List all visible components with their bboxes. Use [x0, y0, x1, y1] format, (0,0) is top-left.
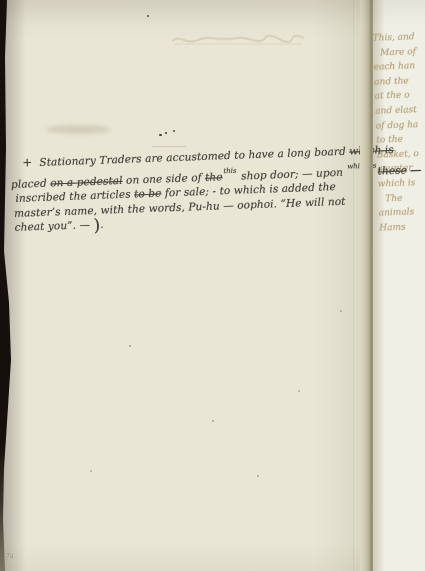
facing-page-fragment: and the [374, 72, 425, 90]
paper-speck [298, 390, 300, 392]
page-edge [360, 0, 373, 571]
main-page [4, 0, 372, 571]
note-text: is [421, 163, 425, 175]
facing-page-fragment: Hams [379, 218, 425, 236]
note-text: . [100, 219, 104, 231]
paper-speck [340, 310, 342, 312]
ink-speck [147, 15, 149, 17]
facing-page-fragment: The [378, 189, 425, 207]
ink-speck [159, 134, 162, 136]
struck-text: these [377, 164, 407, 177]
facing-page-fragment: animals [379, 204, 425, 222]
facing-page-fragment: This, and [373, 28, 425, 46]
facing-page-fragment: at the o [374, 87, 425, 105]
facing-page-fragment: of dog ha [376, 116, 425, 134]
facing-page-fragment: Mare of [373, 43, 425, 61]
paper-speck [129, 345, 131, 347]
facing-page: This, and Mare of each han and the at th… [373, 0, 425, 571]
struck-text: — [410, 164, 421, 176]
ink-speck [173, 130, 175, 132]
page-crease [353, 0, 354, 571]
facing-page-fragment: and elast [375, 101, 425, 119]
paper-speck [212, 420, 214, 422]
facing-page-text: This, and Mare of each han and the at th… [373, 28, 425, 235]
manuscript-scan: +Stationary Traders are accustomed to ha… [0, 0, 425, 571]
paper-speck [257, 475, 259, 477]
paper-speck [90, 470, 92, 472]
handwritten-note: +Stationary Traders are accustomed to ha… [10, 143, 369, 237]
show-through-writing [170, 31, 310, 47]
inserted-text: this [223, 166, 236, 174]
struck-text: to be [134, 188, 162, 201]
struck-text: the [205, 171, 223, 184]
struck-text: on a pedestal [50, 174, 123, 189]
corner-mark: 7a [6, 553, 13, 560]
note-text: on one side of [122, 171, 205, 186]
note-text: cheat you”. — [14, 219, 93, 234]
facing-page-fragment: each han [373, 58, 425, 76]
faint-stroke [152, 146, 186, 147]
paper-smudge [46, 125, 110, 134]
ink-speck [165, 132, 167, 134]
